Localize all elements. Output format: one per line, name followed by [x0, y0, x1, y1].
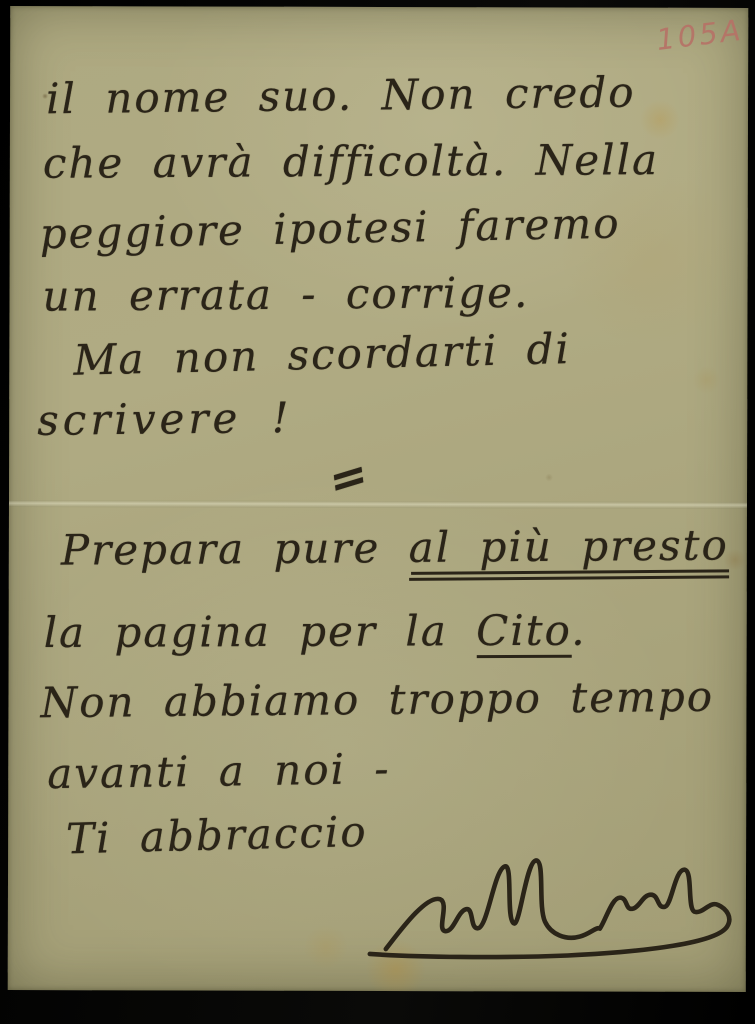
photograph-background: 105A il nome suo. Non credo che avrà dif…	[0, 0, 755, 1024]
letter-line-4: un errata - corrige.	[42, 268, 529, 321]
letter-line-9: Non abbiamo troppo tempo	[40, 672, 714, 727]
signature-flourish	[348, 847, 748, 978]
line8-period: .	[571, 606, 587, 655]
letter-line-8: la pagina per la Cito.	[44, 606, 587, 657]
closing-line: Ti abbraccio	[66, 807, 369, 864]
separator-mark: =	[327, 444, 372, 510]
letter-page: 105A il nome suo. Non credo che avrà dif…	[8, 6, 749, 992]
archival-number: 105A	[654, 13, 745, 57]
line7-text: Prepara pure	[61, 523, 409, 575]
letter-line-3: peggiore ipotesi faremo	[39, 199, 621, 259]
fold-crease	[9, 500, 747, 509]
letter-line-2: che avrà difficoltà. Nella	[43, 135, 660, 188]
line8-underlined-word: Cito	[476, 606, 571, 661]
letter-line-7: Prepara pure al più presto	[61, 520, 729, 574]
letter-line-5: Ma non scordarti di	[73, 324, 572, 385]
letter-line-6: scrivere !	[37, 393, 293, 445]
line8-text: la pagina per la	[44, 606, 477, 657]
line7-underlined-phrase: al più presto	[408, 520, 729, 582]
letter-line-10: avanti a noi -	[47, 744, 391, 798]
letter-line-1: il nome suo. Non credo	[46, 68, 636, 124]
